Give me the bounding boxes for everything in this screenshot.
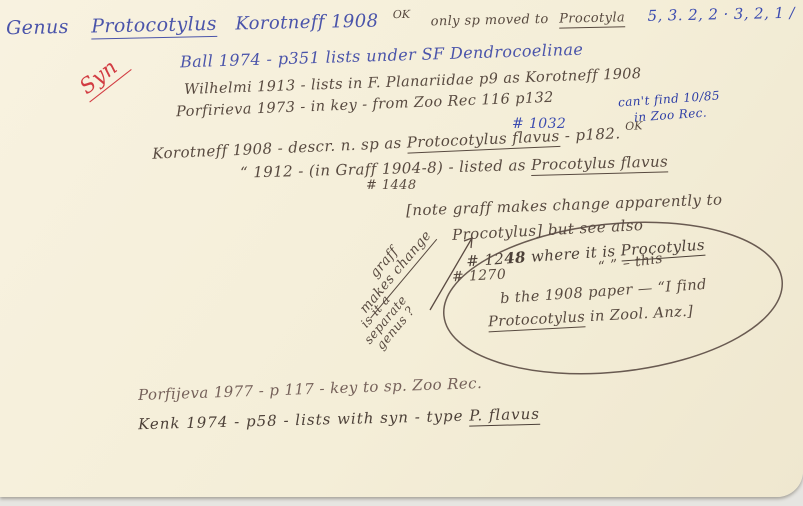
korotneff-prefix: Korotneff 1908 - descr. n. sp as <box>152 134 407 163</box>
entry-1912-graff: “ 1912 - (in Graff 1904-8) - listed as P… <box>240 152 668 181</box>
entry-ball-1974: Ball 1974 - p351 lists under SF Dendroco… <box>180 40 584 72</box>
paper-note-line2: Protocotylus in Zool. Anz.] <box>488 304 694 331</box>
ok-mark: OK <box>393 8 411 21</box>
moved-target: Procotyla <box>559 10 625 28</box>
ref-1248-corrected-digits: 48 <box>504 248 527 267</box>
bracket-note-procotylus: Procotylus] <box>452 221 549 244</box>
korotneff-species: Protocotylus flavus <box>406 127 560 154</box>
genus-label: Genus <box>6 16 69 39</box>
entry-wilhelmi-1913: Wilhelmi 1913 - lists in F. Planariidae … <box>184 66 642 98</box>
paper-note-line1: b the 1908 paper — “I find <box>500 277 708 307</box>
syn-stamp: Syn <box>73 49 131 103</box>
korotneff-suffix: - p182. <box>559 124 621 145</box>
header-line: Genus Protocotylus Korotneff 1908 OK onl… <box>6 0 795 39</box>
kenk-species: P. flavus <box>469 405 540 427</box>
bracket-note-see-also: but see also <box>547 216 643 239</box>
cant-find-note-line2: in Zoo Rec. <box>634 105 708 124</box>
genus-name: Protocotylus <box>91 13 217 40</box>
bracket-note-line1: [note graff makes change apparently to <box>406 190 723 219</box>
entry-1912-species: Procotylus flavus <box>531 152 669 176</box>
ref-number-1448: # 1448 <box>366 178 417 193</box>
index-code: 5, 3. 2, 2 · 3, 2, 1 / <box>647 4 795 25</box>
korotneff-ok-mark: OK <box>625 119 643 133</box>
genus-authority: Korotneff 1908 <box>235 10 379 34</box>
paper-note-suffix: in Zool. Anz.] <box>585 304 694 326</box>
moved-note: only sp moved to <box>431 12 549 29</box>
entry-kenk-1974: Kenk 1974 - p58 - lists with syn - type … <box>138 405 540 434</box>
index-card: Genus Protocotylus Korotneff 1908 OK onl… <box>0 0 803 497</box>
ref-number-1270: # 1270 <box>452 267 507 286</box>
entry-porfijeva-1977: Porfijeva 1977 - p 117 - key to sp. Zoo … <box>138 374 483 404</box>
kenk-prefix: Kenk 1974 - p58 - lists with syn - type <box>138 407 470 434</box>
paper-note-species: Protocotylus <box>488 309 586 332</box>
bracket-note-line2: Procotylus] but see also <box>452 216 644 244</box>
